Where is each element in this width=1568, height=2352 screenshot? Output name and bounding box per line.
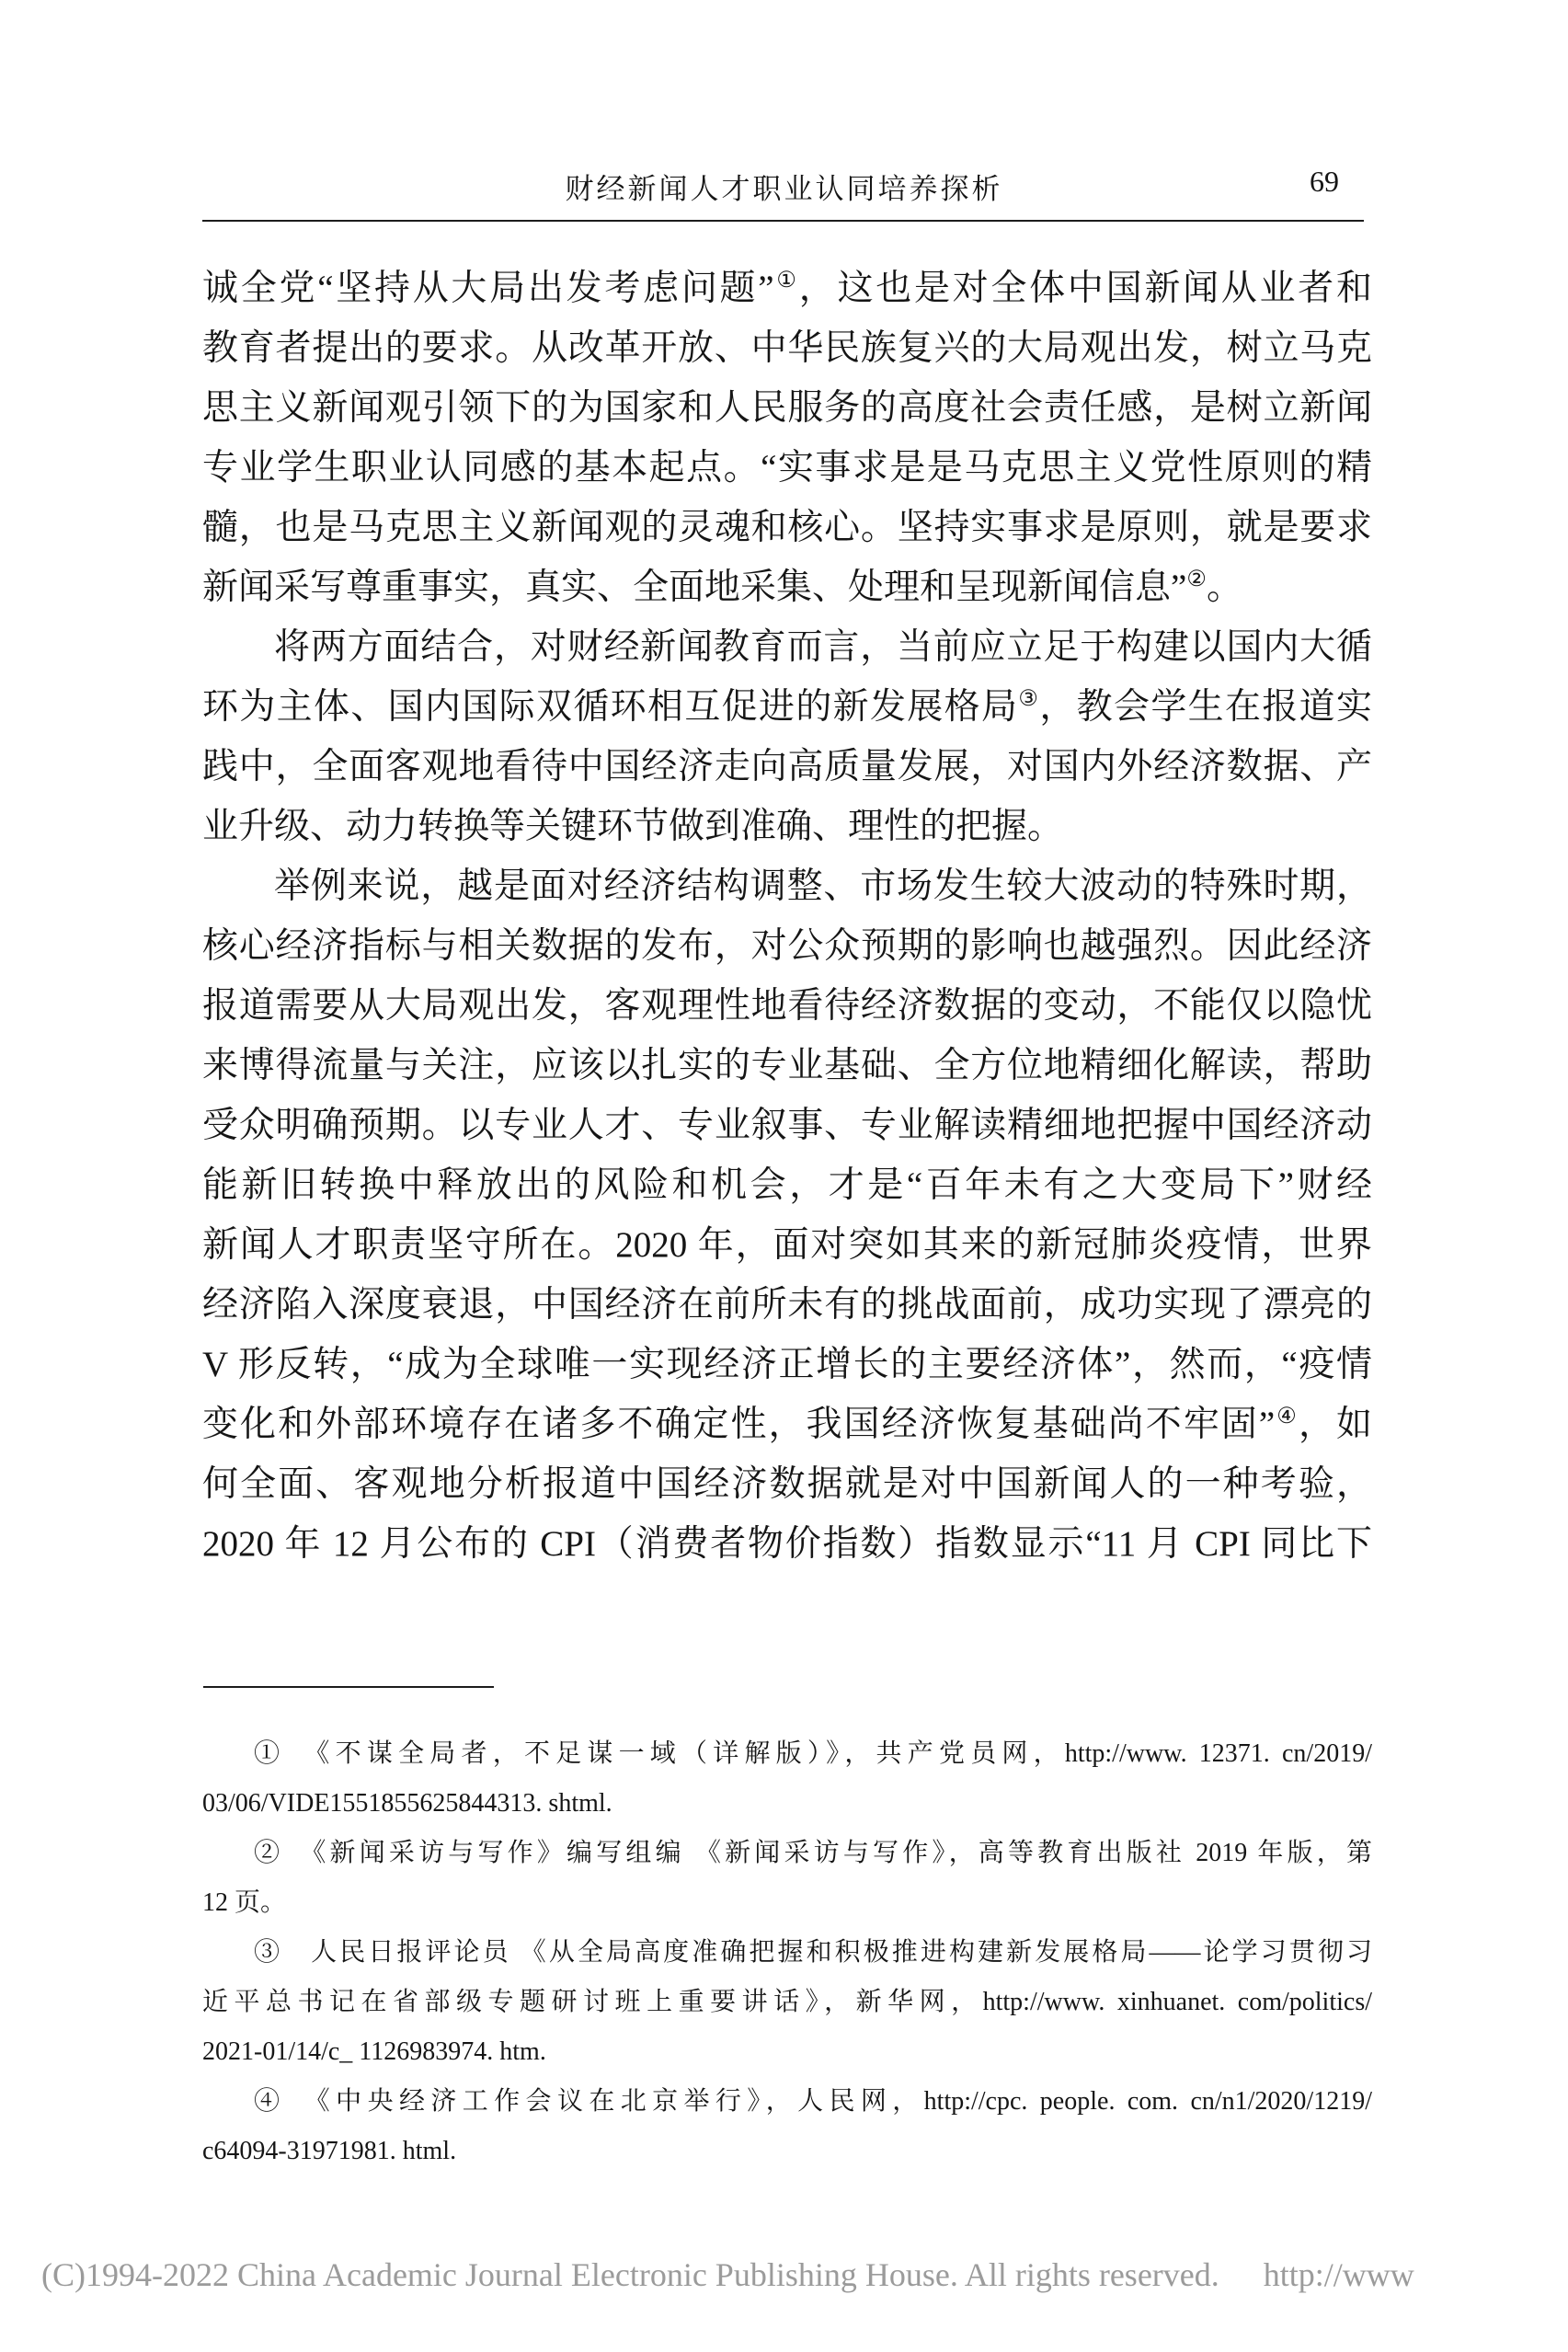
body-line: V 形反转，“成为全球唯一实现经济正增长的主要经济体”，然而，“疫情 [202,1335,1372,1394]
header-rule [202,220,1364,222]
body-line: 业升级、动力转换等关键环节做到准确、理性的把握。 [202,797,1372,856]
body-line: 受众明确预期。以专业人才、专业叙事、专业解读精细地把握中国经济动 [202,1096,1372,1155]
body-line: 思主义新闻观引领下的为国家和人民服务的高度社会责任感，是树立新闻 [202,378,1372,438]
body-line: 何全面、客观地分析报道中国经济数据就是对中国新闻人的一种考验， [202,1454,1372,1514]
body-text: 诚全党“坚持从大局出发考虑问题”①，这也是对全体中国新闻从业者和教育者提出的要求… [202,258,1372,1574]
copyright-text: (C)1994-2022 China Academic Journal Elec… [41,2256,1219,2293]
body-line: 专业学生职业认同感的基本起点。“实事求是是马克思主义党性原则的精 [202,438,1372,498]
footnote-line: ④ 《中央经济工作会议在北京举行》，人民网，http://cpc. people… [202,2077,1372,2127]
body-line: 髓，也是马克思主义新闻观的灵魂和核心。坚持实事求是原则，就是要求 [202,498,1372,557]
body-line: 经济陷入深度衰退，中国经济在前所未有的挑战面前，成功实现了漂亮的 [202,1275,1372,1335]
watermark-url: http://www [1264,2256,1414,2293]
body-line: 报道需要从大局观出发，客观理性地看待经济数据的变动，不能仅以隐忧 [202,976,1372,1036]
body-line: 将两方面结合，对财经新闻教育而言，当前应立足于构建以国内大循 [202,617,1372,677]
body-line: 新闻人才职责坚守所在。2020 年，面对突如其来的新冠肺炎疫情，世界 [202,1215,1372,1275]
body-line: 环为主体、国内国际双循环相互促进的新发展格局③，教会学生在报道实 [202,677,1372,737]
body-line: 变化和外部环境存在诸多不确定性，我国经济恢复基础尚不牢固”④，如 [202,1394,1372,1454]
footnote-line: ② 《新闻采访与写作》编写组编 《新闻采访与写作》，高等教育出版社 2019 年… [202,1829,1372,1878]
footnote-line: ① 《不谋全局者，不足谋一域（详解版）》，共产党员网，http://www. 1… [202,1729,1372,1779]
body-line: 教育者提出的要求。从改革开放、中华民族复兴的大局观出发，树立马克 [202,318,1372,378]
body-line: 践中，全面客观地看待中国经济走向高质量发展，对国内外经济数据、产 [202,737,1372,797]
document-page: 财经新闻人才职业认同培养探析 69 诚全党“坚持从大局出发考虑问题”①，这也是对… [0,0,1568,2352]
footnotes: ① 《不谋全局者，不足谋一域（详解版）》，共产党员网，http://www. 1… [202,1729,1372,2176]
footnote-line: ③ 人民日报评论员 《从全局高度准确把握和积极推进构建新发展格局——论学习贯彻习 [202,1928,1372,1978]
footnote-line: 近平总书记在省部级专题研讨班上重要讲话》，新华网，http://www. xin… [202,1978,1372,2027]
body-line: 新闻采写尊重事实，真实、全面地采集、处理和呈现新闻信息”②。 [202,557,1372,617]
footnote-line: 12 页。 [202,1878,1372,1928]
footnote-line: c64094-31971981. html. [202,2127,1372,2176]
body-line: 能新旧转换中释放出的风险和机会，才是“百年未有之大变局下”财经 [202,1155,1372,1215]
footnote-separator [203,1686,494,1688]
body-line: 举例来说，越是面对经济结构调整、市场发生较大波动的特殊时期， [202,856,1372,916]
watermark: (C)1994-2022 China Academic Journal Elec… [41,2255,1568,2294]
body-line: 诚全党“坚持从大局出发考虑问题”①，这也是对全体中国新闻从业者和 [202,258,1372,318]
footnote-line: 03/06/VIDE1551855625844313. shtml. [202,1779,1372,1829]
footnote-line: 2021-01/14/c_ 1126983974. htm. [202,2027,1372,2077]
body-line: 核心经济指标与相关数据的发布，对公众预期的影响也越强烈。因此经济 [202,916,1372,976]
body-line: 来博得流量与关注，应该以扎实的专业基础、全方位地精细化解读，帮助 [202,1036,1372,1096]
body-line: 2020 年 12 月公布的 CPI（消费者物价指数）指数显示“11 月 CPI… [202,1514,1372,1574]
page-number: 69 [1310,165,1339,199]
